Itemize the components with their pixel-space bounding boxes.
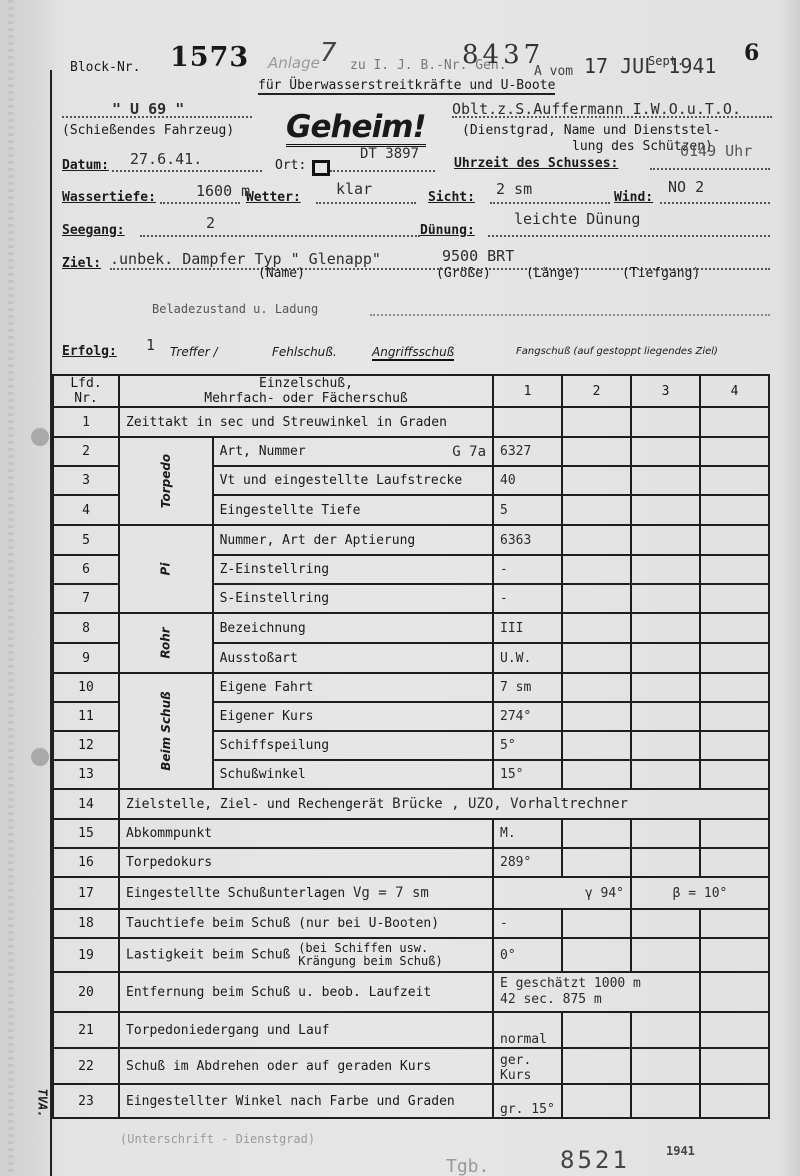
header-title: Einzelschuß, Mehrfach- oder Fächerschuß [119, 375, 493, 407]
table-row: 2 Torpedo Art, NummerG 7a 6327 [53, 437, 769, 466]
row-label: Entfernung beim Schuß u. beob. Laufzeit [119, 972, 493, 1012]
wind-dotline [660, 202, 770, 204]
corner-number: 6 [744, 40, 760, 66]
ort-dotline [330, 170, 435, 172]
row-nr: 9 [53, 643, 119, 673]
row-label: Z-Einstellring [213, 555, 493, 584]
row-nr: 22 [53, 1048, 119, 1084]
row-value-1: 40 [493, 466, 562, 495]
row-value-1: normal [493, 1012, 562, 1048]
header-title-line2: Mehrfach- oder Fächerschuß [126, 391, 486, 406]
row-value-2: β = 10° [631, 877, 769, 909]
stamp-year: 1941 [666, 1144, 695, 1158]
header-nr-label: Lfd. Nr. [70, 376, 101, 406]
row-nr: 7 [53, 584, 119, 613]
dt-number: DT 3897 [360, 146, 419, 162]
ziel-length-caption: (Länge) [526, 266, 581, 281]
beladung-label: Beladezustand u. Ladung [152, 302, 318, 316]
row-nr: 17 [53, 877, 119, 909]
datum-dotline [112, 170, 262, 172]
header-title-line1: Einzelschuß, [126, 376, 486, 391]
ziel-size-caption: (Größe) [436, 266, 491, 281]
ziel-draft-caption: (Tiefgang) [622, 266, 700, 281]
row-label: S-Einstellring [213, 584, 493, 613]
row-value-1: γ 94° [493, 877, 631, 909]
beladung-dotline [370, 314, 770, 316]
torpedo-shot-table: Lfd. Nr. Einzelschuß, Mehrfach- oder Fäc… [52, 374, 770, 1119]
row-value-line2: 42 sec. 875 m [500, 992, 693, 1008]
row-value-1: M. [493, 819, 562, 848]
row-label: Bezeichnung [213, 613, 493, 643]
row-nr: 18 [53, 909, 119, 938]
row-extra: (bei Schiffen usw. Krängung beim Schuß) [298, 942, 448, 968]
row-label: Lastigkeit beim Schuß (bei Schiffen usw.… [119, 938, 493, 972]
wassertiefe-label: Wassertiefe: [62, 190, 156, 205]
row-nr: 19 [53, 938, 119, 972]
group-torpedo: Torpedo [119, 437, 213, 525]
wetter-dotline [316, 202, 416, 204]
table-row: 19 Lastigkeit beim Schuß (bei Schiffen u… [53, 938, 769, 972]
group-beim-schuss-label: Beim Schuß [159, 691, 173, 771]
group-pi: Pi [119, 525, 213, 613]
file-number: 8437 [462, 40, 544, 70]
group-pi-label: Pi [159, 562, 173, 575]
duenung-dotline [488, 235, 770, 237]
table-row: 22 Schuß im Abdrehen oder auf geraden Ku… [53, 1048, 769, 1084]
wind-label: Wind: [614, 190, 653, 205]
duenung-value: leichte Dünung [514, 210, 640, 228]
header-col-1: 1 [493, 375, 562, 407]
table-row: 8 Rohr Bezeichnung III [53, 613, 769, 643]
row-label: Schiffspeilung [213, 731, 493, 760]
datum-label: Datum: [62, 158, 109, 173]
row-label: Abkommpunkt [119, 819, 493, 848]
form-subtitle: für Überwasserstreitkräfte und U-Boote [258, 78, 555, 95]
table-row: 10 Beim Schuß Eigene Fahrt 7 sm [53, 673, 769, 702]
datum-value: 27.6.41. [130, 150, 202, 168]
wetter-value: klar [336, 180, 372, 198]
row-label: Nummer, Art der Aptierung [213, 525, 493, 555]
row-nr: 14 [53, 789, 119, 819]
header-nr: Lfd. Nr. [53, 375, 119, 407]
anlage-label: Anlage [268, 54, 320, 72]
anlage-value: 7 [320, 38, 337, 68]
table-row: 1 Zeittakt in sec und Streuwinkel in Gra… [53, 407, 769, 437]
row-label: Eingestellter Winkel nach Farbe und Grad… [119, 1084, 493, 1118]
table-header-row: Lfd. Nr. Einzelschuß, Mehrfach- oder Fäc… [53, 375, 769, 407]
group-torpedo-label: Torpedo [159, 453, 173, 507]
row-value-1: - [493, 555, 562, 584]
row-nr: 1 [53, 407, 119, 437]
row-label: Vt und eingestellte Laufstrecke [213, 466, 493, 495]
row-value-1 [493, 407, 562, 437]
sicht-dotline [490, 202, 610, 204]
table-row: 14 Zielstelle, Ziel- und Rechengerät Brü… [53, 789, 769, 819]
group-beim-schuss: Beim Schuß [119, 673, 213, 789]
angriffsschuss-label: Angriffsschuß [372, 345, 454, 361]
table-row: 23 Eingestellter Winkel nach Farbe und G… [53, 1084, 769, 1118]
ort-label: Ort: [275, 158, 306, 173]
ziel-label: Ziel: [62, 256, 101, 271]
wassertiefe-value: 1600 m [196, 182, 250, 200]
fangschuss-label: Fangschuß (auf gestoppt liegendes Ziel) [516, 346, 718, 357]
file-suffix: A vom [534, 64, 573, 79]
row-nr: 3 [53, 466, 119, 495]
row-nr: 10 [53, 673, 119, 702]
row-nr: 13 [53, 760, 119, 789]
punch-hole-top [31, 428, 49, 446]
row-label-text: Lastigkeit beim Schuß [126, 948, 290, 963]
sicht-value: 2 sm [496, 180, 532, 198]
row-value-1: 274° [493, 702, 562, 731]
row-value-1: 15° [493, 760, 562, 789]
document-page: Block-Nr. 1573 Anlage 7 zu I. J. B.-Nr. … [0, 0, 800, 1176]
row-nr: 6 [53, 555, 119, 584]
row-value-1: U.W. [493, 643, 562, 673]
row-label: Zeittakt in sec und Streuwinkel in Grade… [119, 407, 493, 437]
stamp-number: 8521 [560, 1146, 630, 1174]
ort-box [312, 160, 330, 176]
row-extra: Vg = 7 sm [353, 885, 429, 901]
wassertiefe-dotline [160, 202, 240, 204]
row-label: Zielstelle, Ziel- und Rechengerät Brücke… [119, 789, 769, 819]
row-nr: 4 [53, 495, 119, 525]
row-label: Ausstoßart [213, 643, 493, 673]
treffer-label: Treffer / [170, 345, 218, 359]
table-row: 20 Entfernung beim Schuß u. beob. Laufze… [53, 972, 769, 1012]
row-value-1: - [493, 584, 562, 613]
header-col-2: 2 [562, 375, 631, 407]
row-value-1: 6363 [493, 525, 562, 555]
row-value-1: - [493, 909, 562, 938]
ziel-value: .unbek. Dampfer Typ " Glenapp" [110, 250, 381, 268]
wind-value: NO 2 [668, 178, 704, 196]
sicht-label: Sicht: [428, 190, 475, 205]
uhrzeit-value: 0149 Uhr [680, 142, 752, 160]
row-label: Torpedokurs [119, 848, 493, 877]
table-row: 15 Abkommpunkt M. [53, 819, 769, 848]
signature-caption: (Unterschrift - Dienstgrad) [120, 1132, 315, 1146]
row-nr: 23 [53, 1084, 119, 1118]
table-row: 21 Torpedoniedergang und Lauf normal [53, 1012, 769, 1048]
ziel-name-caption: (Name) [258, 266, 305, 281]
row-value-1: ger. Kurs [493, 1048, 562, 1084]
row-value-1: gr. 15° [493, 1084, 562, 1118]
shooter-label-1: (Dienstgrad, Name und Dienststel- [462, 123, 720, 138]
row-nr: 16 [53, 848, 119, 877]
wetter-label: Wetter: [246, 190, 301, 205]
group-rohr: Rohr [119, 613, 213, 673]
duenung-label: Dünung: [420, 223, 475, 238]
row-label-text: Zielstelle, Ziel- und Rechengerät [126, 797, 384, 812]
row-label-text: Art, Nummer [220, 444, 306, 459]
row-extra: G 7a [452, 444, 486, 460]
row-label: Art, NummerG 7a [213, 437, 493, 466]
seegang-label: Seegang: [62, 223, 125, 238]
row-value-line1: E geschätzt 1000 m [500, 976, 693, 992]
group-rohr-label: Rohr [159, 627, 173, 658]
table-row: 5 Pi Nummer, Art der Aptierung 6363 [53, 525, 769, 555]
stamp-ref: Tgb. [446, 1156, 489, 1176]
row-value-1: 7 sm [493, 673, 562, 702]
block-number: 1573 [170, 42, 249, 73]
uhrzeit-dotline [650, 168, 770, 170]
row-nr: 5 [53, 525, 119, 555]
row-label: Tauchtiefe beim Schuß (nur bei U-Booten) [119, 909, 493, 938]
ziel-size-value: 9500 BRT [442, 247, 514, 265]
row-extra: Brücke , UZO, Vorhaltrechner [392, 796, 628, 812]
row-nr: 15 [53, 819, 119, 848]
table-row: 18 Tauchtiefe beim Schuß (nur bei U-Boot… [53, 909, 769, 938]
header-col-4: 4 [700, 375, 769, 407]
geheim-stamp: Geheim! [286, 110, 426, 147]
seegang-dotline [140, 235, 420, 237]
margin-note: TVA. [35, 1089, 49, 1118]
perforation-edge [8, 0, 14, 1176]
erfolg-label: Erfolg: [62, 344, 117, 359]
row-nr: 11 [53, 702, 119, 731]
seegang-value: 2 [206, 214, 215, 232]
row-value-1: E geschätzt 1000 m42 sec. 875 m [493, 972, 700, 1012]
row-nr: 20 [53, 972, 119, 1012]
row-value-1: 0° [493, 938, 562, 972]
treffer-count: 1 [146, 336, 155, 354]
row-value-1: 5 [493, 495, 562, 525]
row-label: Schuß im Abdrehen oder auf geraden Kurs [119, 1048, 493, 1084]
row-nr: 8 [53, 613, 119, 643]
row-nr: 21 [53, 1012, 119, 1048]
block-label: Block-Nr. [70, 60, 140, 75]
row-nr: 12 [53, 731, 119, 760]
row-label-text: Eingestellte Schußunterlagen [126, 886, 345, 901]
shooter-dotline [452, 116, 772, 118]
header-col-3: 3 [631, 375, 700, 407]
fehlschuss-label: Fehlschuß. [272, 345, 337, 359]
table-row: 17 Eingestellte Schußunterlagen Vg = 7 s… [53, 877, 769, 909]
row-label: Eigene Fahrt [213, 673, 493, 702]
row-value-1: 6327 [493, 437, 562, 466]
row-value-1: 5° [493, 731, 562, 760]
vessel-label: (Schießendes Fahrzeug) [62, 123, 234, 138]
row-value-1: III [493, 613, 562, 643]
row-value-1: 289° [493, 848, 562, 877]
punch-hole-bottom [31, 748, 49, 766]
row-label: Eingestellte Schußunterlagen Vg = 7 sm [119, 877, 493, 909]
row-nr: 2 [53, 437, 119, 466]
row-label: Schußwinkel [213, 760, 493, 789]
vessel-dotline [62, 116, 252, 118]
row-label: Eigener Kurs [213, 702, 493, 731]
row-label: Torpedoniedergang und Lauf [119, 1012, 493, 1048]
table-row: 16 Torpedokurs 289° [53, 848, 769, 877]
uhrzeit-label: Uhrzeit des Schusses: [454, 156, 618, 171]
sept-stamp: Sept. [648, 54, 684, 68]
row-label: Eingestellte Tiefe [213, 495, 493, 525]
